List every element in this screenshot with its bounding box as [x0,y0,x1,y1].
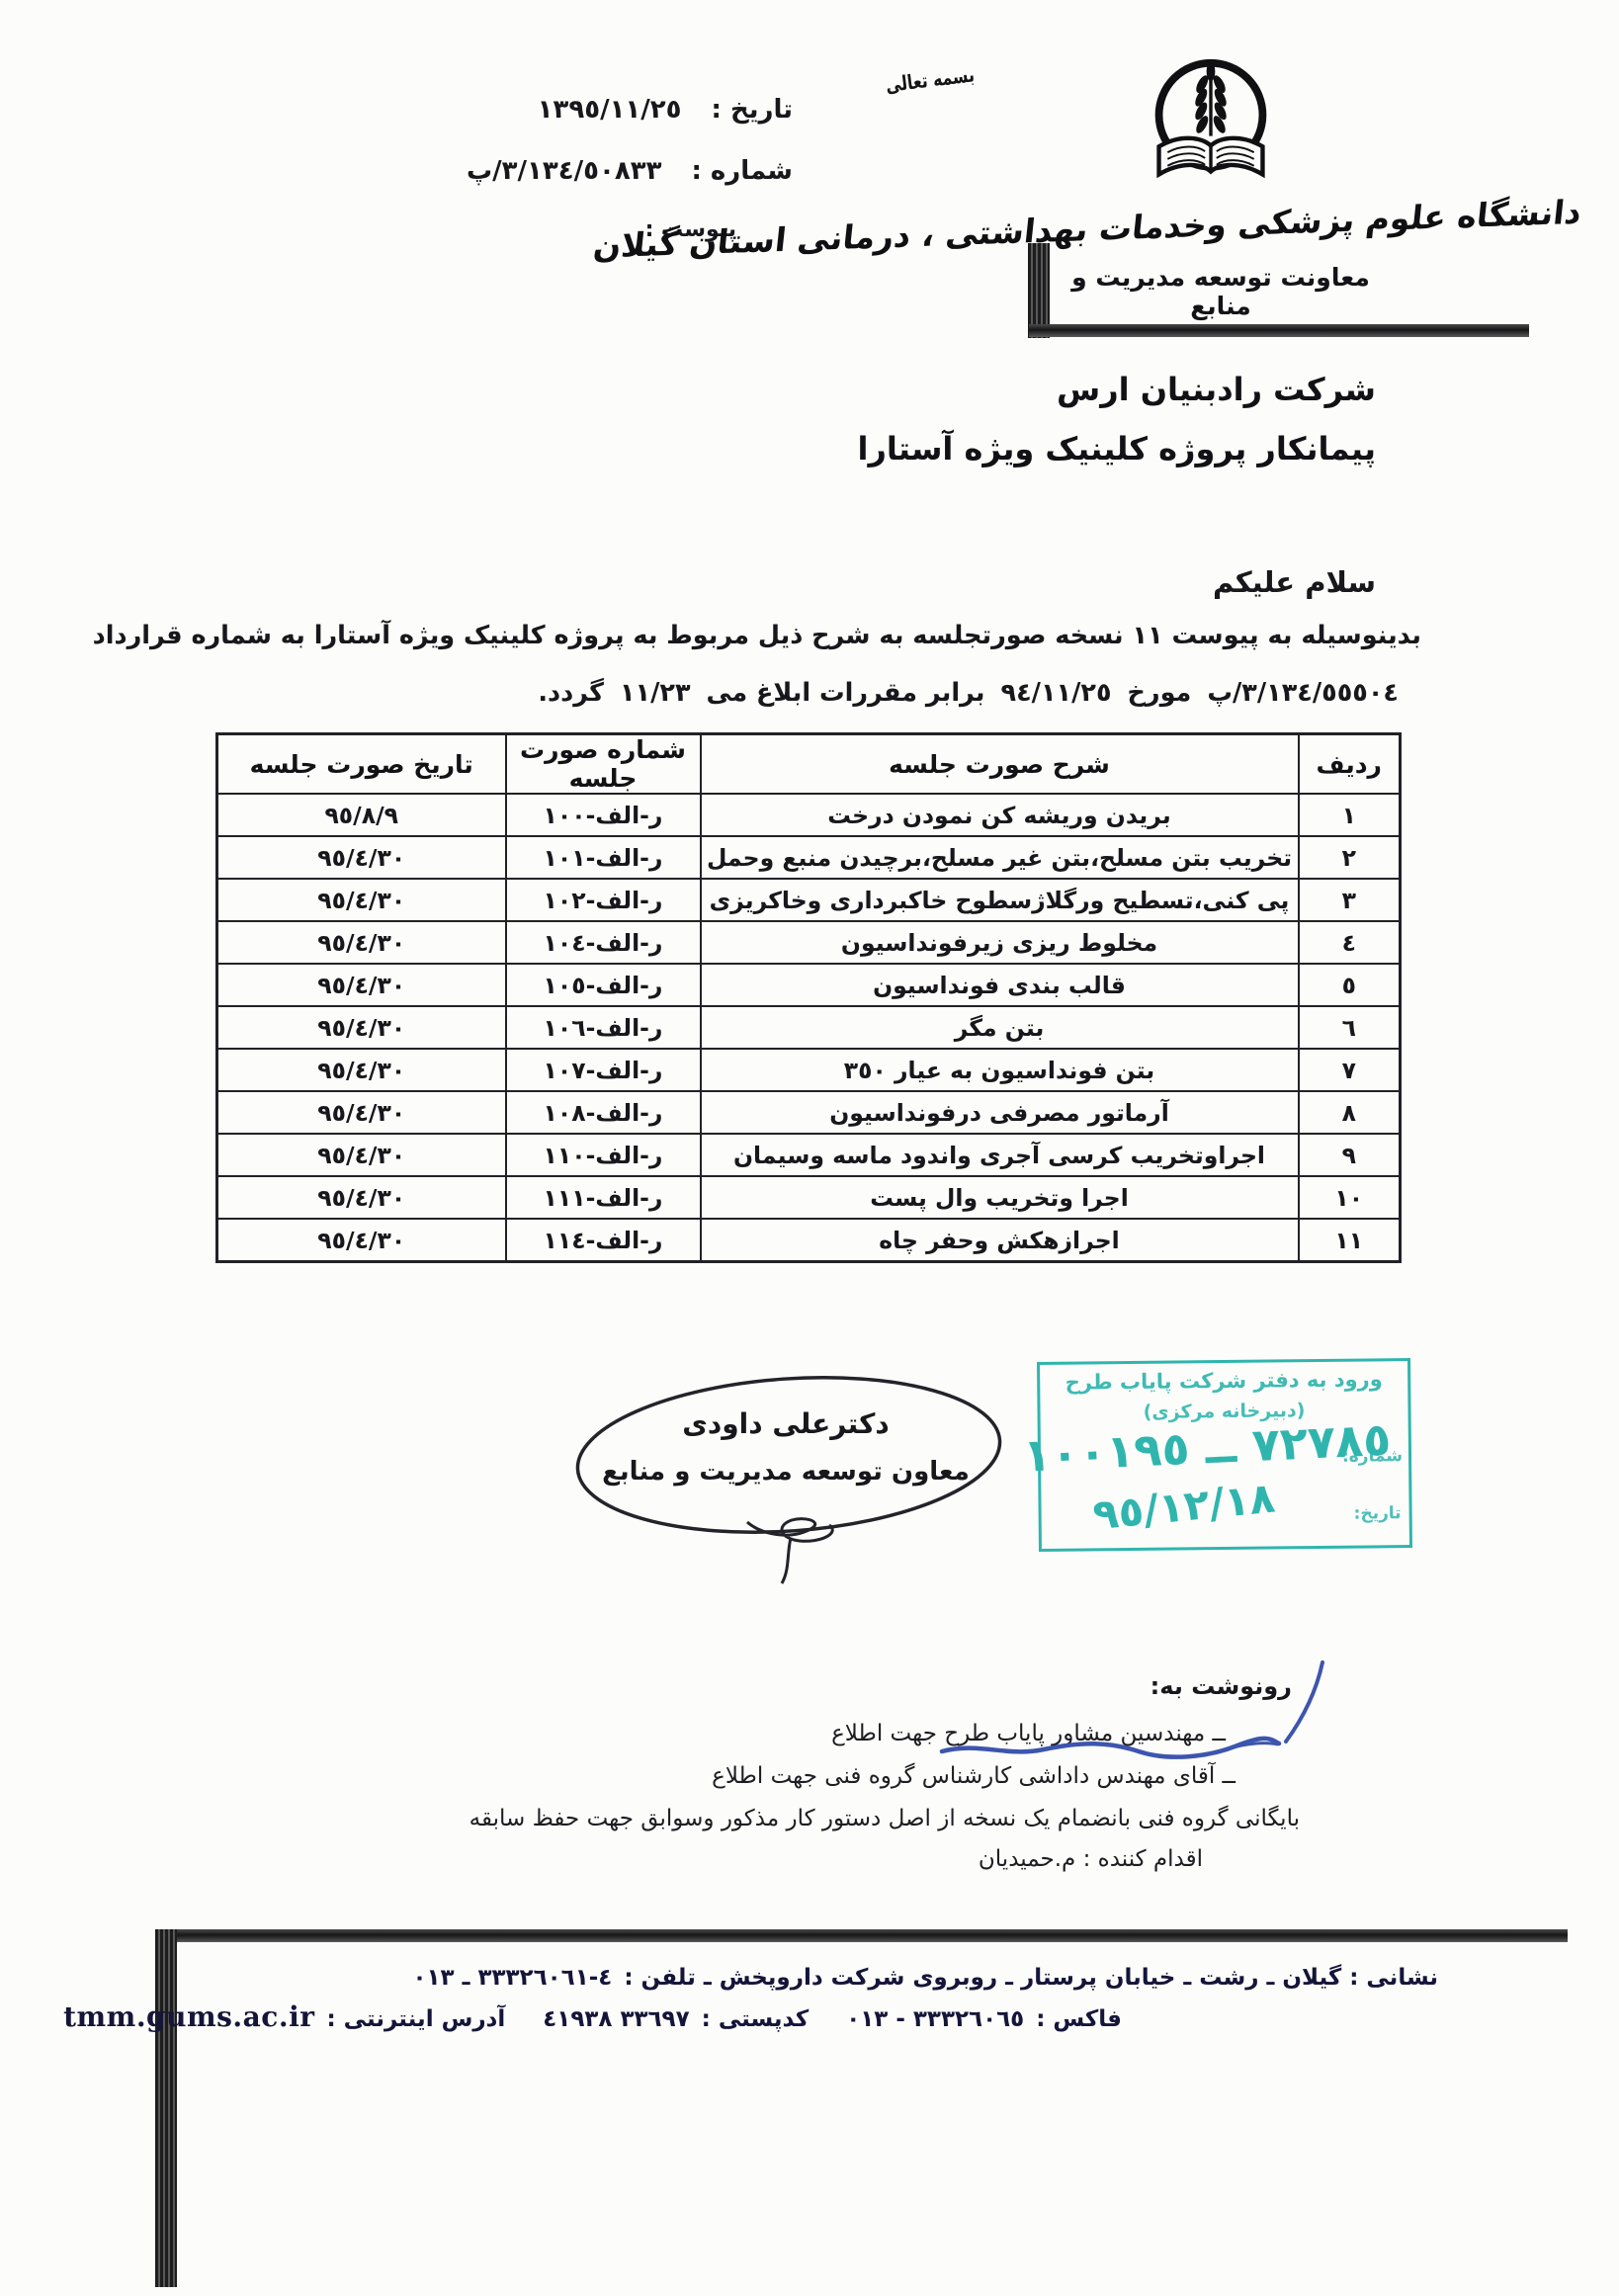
recipient-role: پیمانکار پروژه کلینیک ویژه آستارا [857,433,1376,465]
table-row: ٩ اجراوتخریب کرسی آجری واندود ماسه وسیما… [217,1134,1401,1176]
cc-item-consultant: ــ مهندسین مشاور پایاب طرح جهت اطلاع [831,1721,1226,1746]
cc-title: رونوشت به: [1150,1672,1292,1700]
table-row: ٨ آرماتور مصرفی درفونداسیون ر-الف-١٠٨ ٩٥… [217,1091,1401,1134]
footer-fax-label: فاکس : [1036,2006,1122,2032]
cell-code: ر-الف-١٠٨ [506,1091,701,1134]
cell-code: ر-الف-١٠٠ [506,794,701,836]
footer-fax-number: ٠١٣ - ٣٣٣٢٦٠٦٥ [846,2006,1024,2032]
cell-code: ر-الف-١١١ [506,1176,701,1219]
cc-item-archive: بایگانی گروه فنی بانضمام یک نسخه از اصل … [469,1806,1300,1831]
letter-number-row: شماره : پ/٣/١٣٤/٥٠٨٣٣ [467,156,793,186]
cell-code: ر-الف-١١٤ [506,1219,701,1262]
footer-address-line: نشانی : گیلان ـ رشت ـ خیابان پرستار ـ رو… [412,1965,1438,1991]
cell-code: ر-الف-١٠٦ [506,1006,701,1049]
cell-desc: قالب بندی فونداسیون [701,964,1299,1006]
table-row: ٦ بتن مگر ر-الف-١٠٦ ٩٥/٤/٣٠ [217,1006,1401,1049]
footer-postal-code: ٤١٩٣٨ ٣٣٦٩٧ [543,2006,689,2032]
stamp-line-1: ورود به دفتر شرکت پایاب طرح [1040,1367,1407,1395]
cell-no: ٧ [1299,1049,1401,1091]
cell-date: ٩٥/٤/٣٠ [217,1134,506,1176]
cell-desc: تخریب بتن مسلح،بتن غیر مسلح،برچیدن منبع … [701,836,1299,879]
scanned-letter-page: تاریخ : ١٣٩٥/١١/٢٥ شماره : پ/٣/١٣٤/٥٠٨٣٣… [0,0,1619,2296]
cell-desc: بریدن وریشه کن نمودن درخت [701,794,1299,836]
footer-address-text: نشانی : گیلان ـ رشت ـ خیابان پرستار ـ رو… [624,1965,1438,1991]
cell-no: ٣ [1299,879,1401,921]
cell-no: ١٠ [1299,1176,1401,1219]
date-label: تاریخ : [712,95,793,125]
footer-phone-number: ٠١٣ ـ ٣٣٣٢٦٠٦١-٤ [412,1965,612,1991]
minutes-table: ردیف شرح صورت جلسه شماره صورت جلسه تاریخ… [215,732,1402,1263]
contract-date: ٩٤/١١/٢٥ [1001,678,1112,708]
table-row: ٢ تخریب بتن مسلح،بتن غیر مسلح،برچیدن منب… [217,836,1401,879]
cell-code: ر-الف-١٠٥ [506,964,701,1006]
number-label: شماره : [691,156,793,186]
footer-corner-rule-vertical [155,1929,177,2287]
cell-date: ٩٥/٤/٣٠ [217,1006,506,1049]
cell-desc: اجرا وتخریب وال پست [701,1176,1299,1219]
contract-number: پ/٣/١٣٤/٥٥٥٠٤ [1207,678,1399,708]
university-logo-wheat-book-icon [1137,55,1285,190]
cell-code: ر-الف-١٠٢ [506,879,701,921]
table-row: ٧ بتن فونداسیون به عیار ٣٥٠ ر-الف-١٠٧ ٩٥… [217,1049,1401,1091]
cell-desc: پی کنی،تسطیح ورگلاژسطوح خاکبرداری وخاکری… [701,879,1299,921]
footer-corner-rule-horizontal [161,1929,1568,1942]
footer-contact-line: فاکس : ٠١٣ - ٣٣٣٢٦٠٦٥ کدپستی : ٤١٩٣٨ ٣٣٦… [63,2000,1122,2033]
cell-no: ٨ [1299,1091,1401,1134]
body-line-2-end: گردد. [538,678,604,708]
cell-date: ٩٥/٤/٣٠ [217,1091,506,1134]
footer-postal-label: کدپستی : [702,2006,809,2032]
cell-date: ٩٥/٤/٣٠ [217,921,506,964]
footer-web-label: آدرس اینترنتی : [326,2006,505,2032]
table-row: ١٠ اجرا وتخریب وال پست ر-الف-١١١ ٩٥/٤/٣٠ [217,1176,1401,1219]
body-line-2-text: برابر مقررات ابلاغ می [707,678,985,708]
cell-no: ٤ [1299,921,1401,964]
cell-date: ٩٥/٤/٣٠ [217,1049,506,1091]
cell-date: ٩٥/٤/٣٠ [217,1176,506,1219]
letter-date-row: تاریخ : ١٣٩٥/١١/٢٥ [538,95,793,125]
table-row: ٥ قالب بندی فونداسیون ر-الف-١٠٥ ٩٥/٤/٣٠ [217,964,1401,1006]
body-annotation-number: ١١/٢٣ [620,678,691,708]
table-row: ٤ مخلوط ریزی زیرفونداسیون ر-الف-١٠٤ ٩٥/٤… [217,921,1401,964]
header-corner-rule-horizontal [1029,324,1529,337]
department-name: معاونت توسعه مدیریت و منابع [1058,263,1384,320]
table-header-row: ردیف شرح صورت جلسه شماره صورت جلسه تاریخ… [217,734,1401,795]
stamp-date-label: تاریخ: [1354,1503,1402,1524]
cell-desc: مخلوط ریزی زیرفونداسیون [701,921,1299,964]
cell-no: ١١ [1299,1219,1401,1262]
recipient-name: شرکت رادبنیان ارس [1057,374,1376,405]
date-value: ١٣٩٥/١١/٢٥ [538,95,682,125]
cell-no: ١ [1299,794,1401,836]
cell-desc: اجراوتخریب کرسی آجری واندود ماسه وسیمان [701,1134,1299,1176]
cell-no: ٥ [1299,964,1401,1006]
registry-entry-stamp: ورود به دفتر شرکت پایاب طرح (دبیرخانه مر… [1037,1358,1412,1552]
cell-date: ٩٥/٤/٣٠ [217,964,506,1006]
bismillah-calligraphy: بسمه تعالی [885,62,976,97]
body-line-2: پ/٣/١٣٤/٥٥٥٠٤ مورخ ٩٤/١١/٢٥ برابر مقررات… [538,678,1399,708]
number-value: پ/٣/١٣٤/٥٠٨٣٣ [467,156,661,186]
table-row: ١ بریدن وریشه کن نمودن درخت ر-الف-١٠٠ ٩٥… [217,794,1401,836]
cell-date: ٩٥/٤/٣٠ [217,1219,506,1262]
col-header-description: شرح صورت جلسه [701,734,1299,795]
cell-no: ٩ [1299,1134,1401,1176]
footer-web-address: tmm.gums.ac.ir [63,2000,314,2033]
cell-no: ٢ [1299,836,1401,879]
cell-code: ر-الف-١٠١ [506,836,701,879]
cell-desc: آرماتور مصرفی درفونداسیون [701,1091,1299,1134]
col-header-minute-date: تاریخ صورت جلسه [217,734,506,795]
cc-action-by: اقدام کننده : م.حمیدیان [979,1846,1203,1872]
signatory-name: دکترعلی داودی [573,1407,998,1440]
cell-date: ٩٥/٤/٣٠ [217,879,506,921]
table-row: ٣ پی کنی،تسطیح ورگلاژسطوح خاکبرداری وخاک… [217,879,1401,921]
cell-date: ٩٥/٤/٣٠ [217,836,506,879]
table-row: ١١ اجرازهکش وحفر چاه ر-الف-١١٤ ٩٥/٤/٣٠ [217,1219,1401,1262]
cell-code: ر-الف-١٠٧ [506,1049,701,1091]
cell-desc: بتن فونداسیون به عیار ٣٥٠ [701,1049,1299,1091]
cell-no: ٦ [1299,1006,1401,1049]
cell-desc: بتن مگر [701,1006,1299,1049]
dated-label: مورخ [1128,678,1192,708]
col-header-row-number: ردیف [1299,734,1401,795]
cell-code: ر-الف-١٠٤ [506,921,701,964]
cell-date: ٩٥/٨/٩ [217,794,506,836]
cell-code: ر-الف-١١٠ [506,1134,701,1176]
cell-desc: اجرازهکش وحفر چاه [701,1219,1299,1262]
col-header-minute-number: شماره صورت جلسه [506,734,701,795]
signature-block: دکترعلی داودی معاون توسعه مدیریت و منابع [573,1407,998,1487]
cc-item-engineer: ــ آقای مهندس داداشی کارشناس گروه فنی جه… [712,1763,1236,1789]
signatory-title: معاون توسعه مدیریت و منابع [573,1457,998,1487]
stamp-date-handwritten: ٩٥/١٢/١٨ [1091,1474,1277,1540]
salutation: سلام علیکم [1213,565,1376,599]
body-line-1: بدینوسیله به پیوست ١١ نسخه صورتجلسه به ش… [160,621,1421,650]
